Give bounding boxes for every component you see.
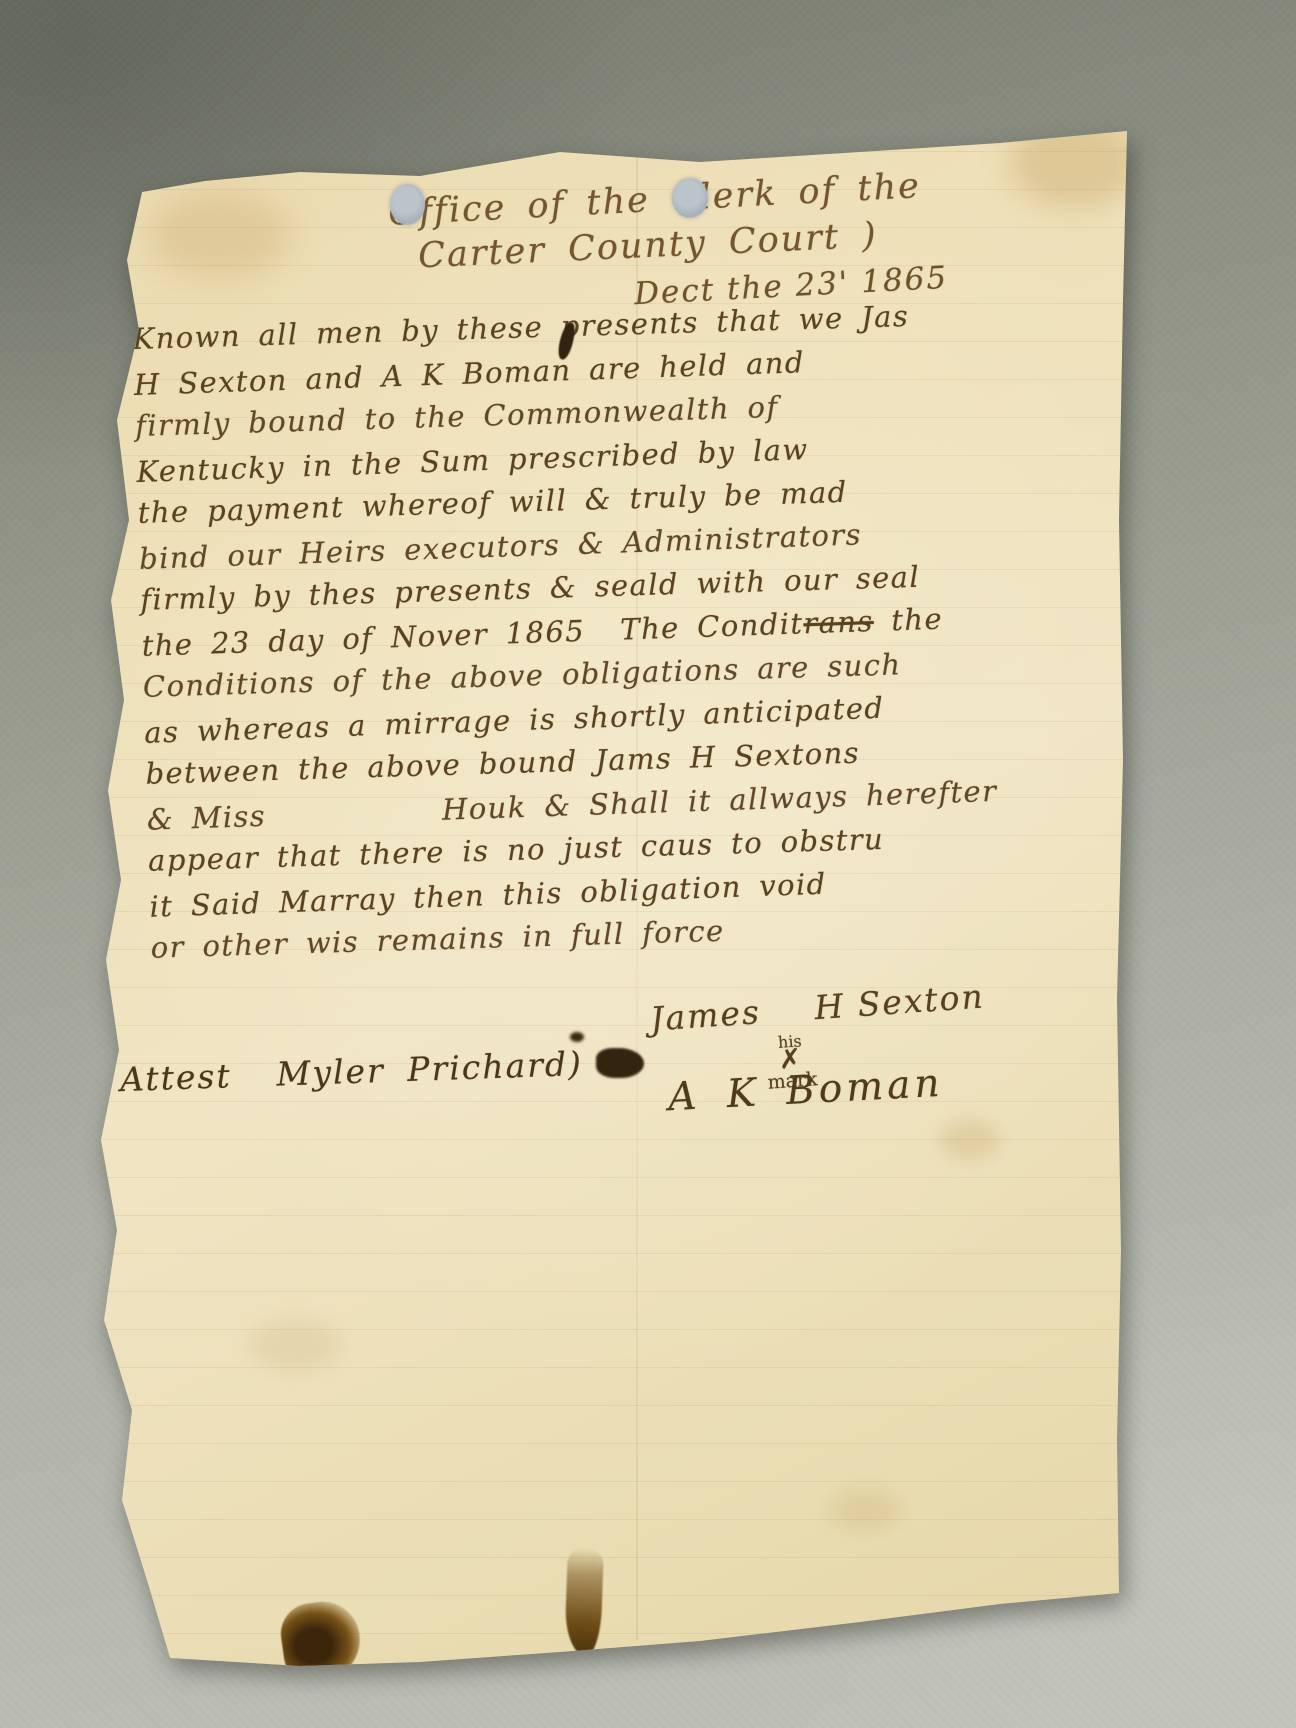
corner-stain [1010,118,1140,208]
james-last-name: H Sexton [813,976,986,1027]
document-body-text: Known all men by these presents that we … [132,290,1081,970]
hole-punch-icon [672,178,708,218]
hole-punch-icon [390,184,425,225]
foxing-stain [940,1120,1000,1160]
james-first-name: James [649,992,762,1039]
foxing-stain [830,1490,900,1530]
bottom-center-stain [564,1547,604,1656]
document-paper: Office of the Clerk of the Carter County… [0,0,1296,1728]
line8-post: the [873,601,943,637]
paper-shadow-wrap: Office of the Clerk of the Carter County… [0,0,1296,1728]
foxing-stain [250,1320,340,1370]
corner-stain [150,190,290,280]
attest-line: Attest Myler Prichard) [119,1044,583,1099]
line8-struck-word: rans [803,603,874,639]
bottom-left-stain [277,1597,365,1685]
photo-background: Office of the Clerk of the Carter County… [0,0,1296,1728]
